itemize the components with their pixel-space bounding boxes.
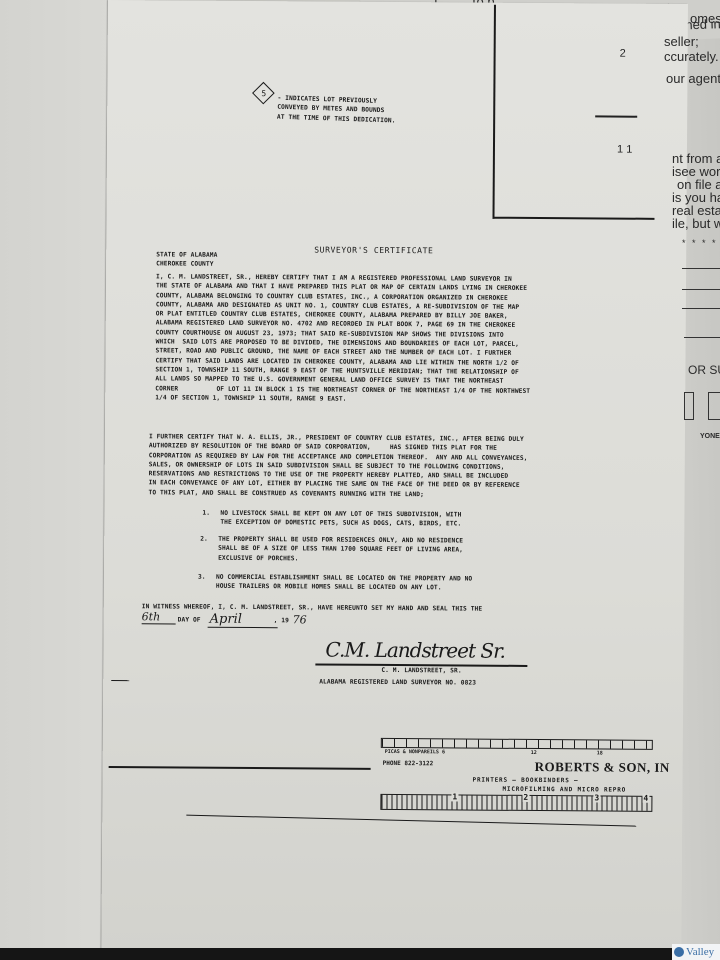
bottom-shadow	[0, 948, 720, 960]
plat-map-box	[492, 5, 655, 220]
bg-fragment: our agent, t	[666, 72, 720, 85]
bg-fragment: ile, but w	[672, 217, 720, 230]
bg-fragment: omes public	[690, 12, 720, 25]
restriction-number: 1.	[202, 509, 210, 518]
company-services: PRINTERS — BOOKBINDERS —	[473, 777, 579, 785]
inch-mark: 3	[593, 793, 600, 802]
faint-line	[186, 815, 636, 827]
pica-ruler	[381, 738, 653, 750]
inch-mark: 1	[451, 792, 458, 801]
bg-line	[684, 337, 720, 338]
document-page: 2 11 5 - INDICATES LOT PREVIOUSLY CONVEY…	[101, 0, 688, 960]
plat-line	[595, 115, 637, 117]
certificate-paragraph-1: I, C. M. LANDSTREET, SR., HEREBY CERTIFY…	[155, 272, 531, 405]
bg-checkbox	[708, 392, 720, 420]
border-tick	[111, 680, 129, 681]
date-day-line	[142, 623, 176, 624]
bg-fragment: OR SUE	[688, 364, 720, 376]
pica-ruler-label: PICAS & NONPAREILS 6	[385, 749, 445, 755]
date-year-prefix: , 19	[274, 616, 289, 625]
valley-mls-watermark: Valley	[672, 944, 720, 960]
plat-legend: - INDICATES LOT PREVIOUSLY CONVEYED BY M…	[277, 94, 396, 126]
left-sheet	[0, 0, 110, 960]
lot-number: 11	[617, 144, 637, 156]
restriction-text: NO LIVESTOCK SHALL BE KEPT ON ANY LOT OF…	[220, 509, 461, 529]
certificate-title: SURVEYOR'S CERTIFICATE	[314, 245, 433, 255]
lot-number: 2	[620, 48, 626, 60]
bg-fragment: * * * * *	[682, 239, 720, 248]
border-line	[109, 766, 371, 770]
county-label: CHEROKEE COUNTY	[156, 259, 213, 269]
pica-mark: 12	[531, 750, 537, 756]
bg-fragment: ccurately.	[664, 50, 719, 63]
witness-statement: IN WITNESS WHEREOF, I, C. M. LANDSTREET,…	[142, 602, 483, 614]
restriction-number: 3.	[198, 573, 206, 582]
signature: C.M. Landstreet Sr.	[325, 638, 505, 663]
date-day-label: DAY OF	[178, 616, 201, 625]
certificate-paragraph-2: I FURTHER CERTIFY THAT W. A. ELLIS, JR.,…	[149, 432, 528, 500]
date-day: 6th	[142, 610, 161, 623]
lot-diamond-number: 5	[255, 85, 272, 102]
date-month: April	[210, 612, 242, 627]
bg-checkbox	[684, 392, 694, 420]
bg-fragment: YONE	[700, 433, 720, 440]
company-services: MICROFILMING AND MICRO REPRO	[502, 786, 626, 794]
bg-line	[682, 268, 720, 269]
date-year: 76	[293, 613, 307, 626]
company-name: ROBERTS & SON, IN	[535, 759, 670, 776]
bg-line	[682, 308, 720, 309]
phone-number: PHONE 822-3122	[383, 760, 434, 767]
restriction-text: THE PROPERTY SHALL BE USED FOR RESIDENCE…	[218, 535, 463, 565]
inch-mark: 4	[642, 794, 649, 803]
signer-name: C. M. LANDSTREET, SR.	[381, 666, 461, 676]
inch-mark: 2	[522, 793, 529, 802]
restriction-text: NO COMMERCIAL ESTABLISHMENT SHALL BE LOC…	[216, 573, 472, 593]
restriction-number: 2.	[200, 535, 208, 544]
bg-fragment: seller;	[664, 35, 699, 48]
inch-ruler	[380, 794, 652, 812]
date-month-line	[208, 627, 278, 628]
pica-mark: 18	[597, 750, 603, 756]
signer-title: ALABAMA REGISTERED LAND SURVEYOR NO. 082…	[319, 677, 476, 687]
bg-line	[682, 289, 720, 290]
